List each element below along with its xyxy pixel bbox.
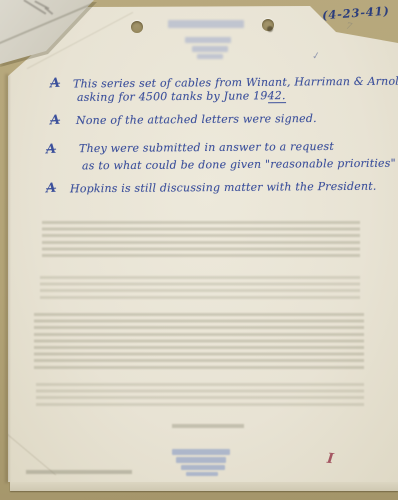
faded-stamp-top	[197, 54, 223, 59]
scanned-document: ✓ A This series set of cables from Winan…	[0, 0, 398, 500]
faded-stamp-bottom	[181, 465, 225, 470]
faded-typed-paragraph	[36, 383, 364, 407]
note-line: They were submitted in answer to a reque…	[79, 140, 334, 155]
faded-stamp-bottom	[186, 472, 218, 476]
note-line: None of the attached letters were signed…	[76, 112, 317, 127]
note-line: as to what could be done given "reasonab…	[82, 157, 396, 173]
faded-signature-line	[172, 424, 244, 428]
underlying-sheet-edge	[10, 482, 398, 491]
note-line: Hopkins is still discussing matter with …	[70, 180, 377, 196]
note-line: This series set of cables from Winant, H…	[73, 75, 398, 91]
note-line-segment: asking for 4500 tanks by June 19	[77, 89, 268, 104]
note-line-underlined: 42.	[268, 89, 286, 103]
note-marker: A	[49, 76, 60, 92]
pencil-mark: 7	[345, 22, 353, 33]
page-left-edge-shadow	[5, 74, 9, 483]
red-page-number-mark: I	[326, 451, 334, 468]
faded-stamp-top	[168, 20, 244, 28]
checkmark-icon: ✓	[311, 50, 321, 62]
faded-stamp-top	[185, 37, 231, 43]
note-marker: A	[49, 113, 60, 129]
faded-typed-paragraph	[40, 276, 360, 300]
faded-typed-paragraph	[42, 221, 360, 258]
paper-crease	[2, 430, 56, 476]
date-annotation: (4-23-41)	[322, 4, 390, 23]
punch-hole-tear	[267, 26, 273, 32]
document-page: ✓ A This series set of cables from Winan…	[0, 0, 398, 500]
faded-stamp-bottom	[172, 449, 230, 455]
punch-hole-right	[262, 19, 274, 31]
faded-typed-paragraph	[34, 313, 364, 370]
faded-stamp-bottom	[176, 457, 226, 463]
note-marker: A	[45, 181, 56, 197]
note-marker: A	[45, 142, 56, 158]
faded-typed-line	[26, 470, 132, 474]
punch-hole-left	[131, 21, 143, 33]
faded-stamp-top	[192, 46, 228, 52]
note-line: asking for 4500 tanks by June 1942.	[77, 89, 286, 104]
